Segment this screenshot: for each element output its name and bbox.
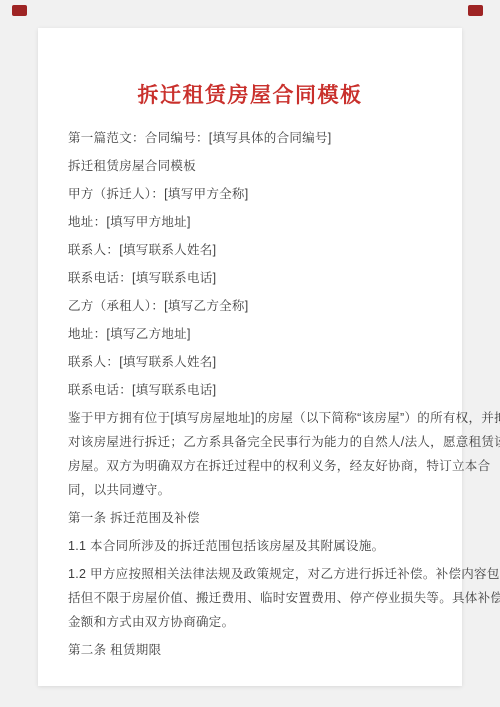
paragraph: 第二条 租赁期限 bbox=[68, 638, 432, 662]
paragraph-line: 地址：[填写乙方地址] bbox=[68, 322, 432, 346]
document-viewer: 拆迁租赁房屋合同模板 第一篇范文：合同编号：[填写具体的合同编号]拆迁租赁房屋合… bbox=[0, 0, 500, 707]
paragraph-line: 括但不限于房屋价值、搬迁费用、临时安置费用、停产停业损失等。具体补偿 bbox=[68, 586, 432, 610]
paragraph: 联系人：[填写联系人姓名] bbox=[68, 238, 432, 262]
paragraph: 甲方（拆迁人）：[填写甲方全称] bbox=[68, 182, 432, 206]
paragraph: 1.2 甲方应按照相关法律法规及政策规定，对乙方进行拆迁补偿。补偿内容包括但不限… bbox=[68, 562, 432, 634]
paragraph: 1.1 本合同所涉及的拆迁范围包括该房屋及其附属设施。 bbox=[68, 534, 432, 558]
paragraph-line: 对该房屋进行拆迁；乙方系具备完全民事行为能力的自然人/法人，愿意租赁该 bbox=[68, 430, 432, 454]
paragraph-line: 金额和方式由双方协商确定。 bbox=[68, 610, 432, 634]
paragraph-line: 第一篇范文：合同编号：[填写具体的合同编号] bbox=[68, 126, 432, 150]
paragraph-line: 地址：[填写甲方地址] bbox=[68, 210, 432, 234]
paragraph-line: 甲方（拆迁人）：[填写甲方全称] bbox=[68, 182, 432, 206]
paragraph-line: 房屋。双方为明确双方在拆迁过程中的权利义务，经友好协商，特订立本合 bbox=[68, 454, 432, 478]
corner-mark-right-icon bbox=[468, 5, 483, 16]
paragraph: 第一篇范文：合同编号：[填写具体的合同编号] bbox=[68, 126, 432, 150]
paragraph-line: 第二条 租赁期限 bbox=[68, 638, 432, 662]
paragraph: 第一条 拆迁范围及补偿 bbox=[68, 506, 432, 530]
paragraph: 联系电话：[填写联系电话] bbox=[68, 266, 432, 290]
document-title: 拆迁租赁房屋合同模板 bbox=[68, 82, 432, 110]
paragraph-line: 联系电话：[填写联系电话] bbox=[68, 378, 432, 402]
paragraph-line: 联系人：[填写联系人姓名] bbox=[68, 350, 432, 374]
paragraph-line: 第一条 拆迁范围及补偿 bbox=[68, 506, 432, 530]
paragraph: 联系人：[填写联系人姓名] bbox=[68, 350, 432, 374]
paragraph: 联系电话：[填写联系电话] bbox=[68, 378, 432, 402]
paragraph-line: 同，以共同遵守。 bbox=[68, 478, 432, 502]
paragraph: 乙方（承租人）：[填写乙方全称] bbox=[68, 294, 432, 318]
paragraph-line: 拆迁租赁房屋合同模板 bbox=[68, 154, 432, 178]
paragraph-line: 鉴于甲方拥有位于[填写房屋地址]的房屋（以下简称“该房屋”）的所有权，并拟 bbox=[68, 406, 432, 430]
paragraph: 地址：[填写甲方地址] bbox=[68, 210, 432, 234]
paragraph: 鉴于甲方拥有位于[填写房屋地址]的房屋（以下简称“该房屋”）的所有权，并拟对该房… bbox=[68, 406, 432, 502]
corner-mark-left-icon bbox=[12, 5, 27, 16]
paragraph-line: 乙方（承租人）：[填写乙方全称] bbox=[68, 294, 432, 318]
paragraph-line: 联系电话：[填写联系电话] bbox=[68, 266, 432, 290]
paragraph-line: 联系人：[填写联系人姓名] bbox=[68, 238, 432, 262]
paragraph-line: 1.1 本合同所涉及的拆迁范围包括该房屋及其附属设施。 bbox=[68, 534, 432, 558]
document-page: 拆迁租赁房屋合同模板 第一篇范文：合同编号：[填写具体的合同编号]拆迁租赁房屋合… bbox=[38, 28, 462, 686]
paragraph-line: 1.2 甲方应按照相关法律法规及政策规定，对乙方进行拆迁补偿。补偿内容包 bbox=[68, 562, 432, 586]
paragraph: 拆迁租赁房屋合同模板 bbox=[68, 154, 432, 178]
paragraph: 地址：[填写乙方地址] bbox=[68, 322, 432, 346]
document-body: 第一篇范文：合同编号：[填写具体的合同编号]拆迁租赁房屋合同模板甲方（拆迁人）：… bbox=[68, 126, 432, 662]
